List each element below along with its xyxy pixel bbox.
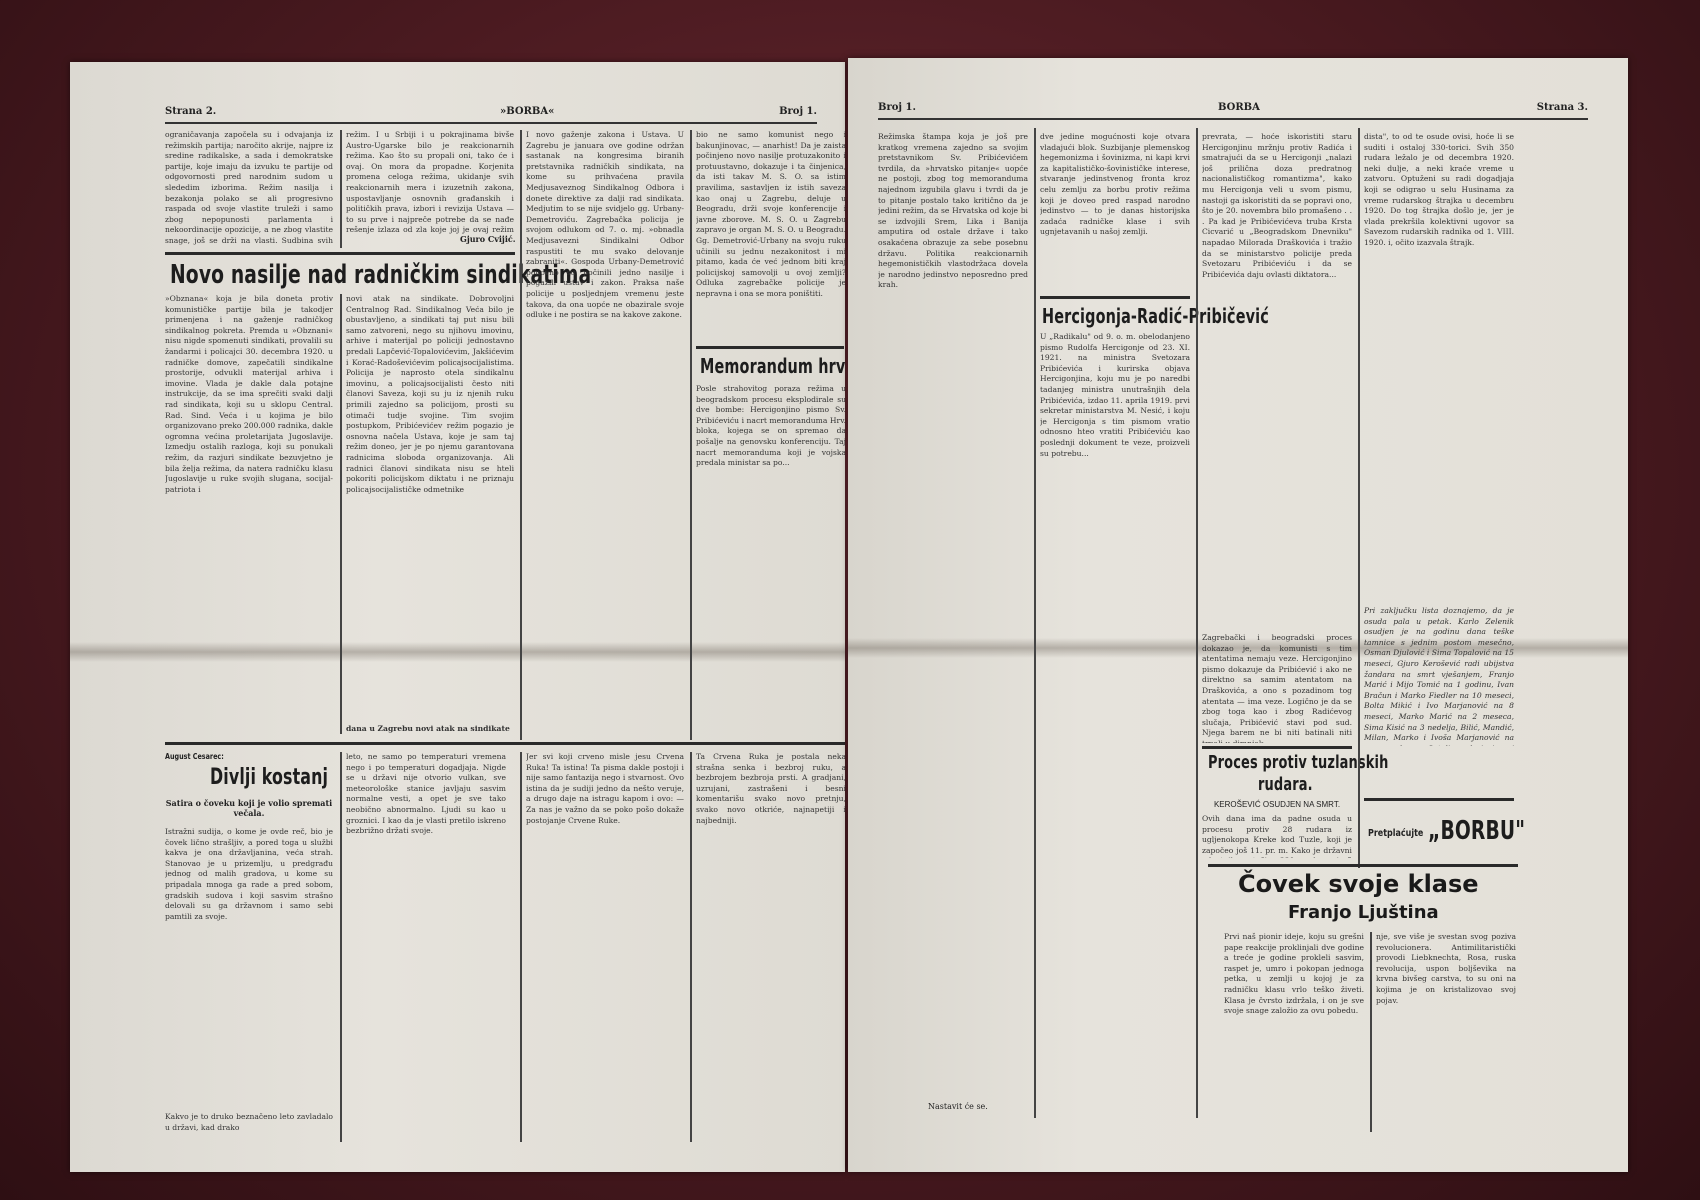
author-byline: Gjuro Cvijić.: [460, 234, 516, 244]
article-text: Prvi naš pionir ideje, koju su grešni pa…: [1224, 932, 1364, 1132]
subtitle: KEROŠEVIĆ OSUDJEN NA SMRT.: [1202, 800, 1352, 809]
masthead-title: BORBA: [1218, 102, 1260, 113]
article-text: Ta Crvena Ruka je postala neka strašna s…: [696, 752, 845, 1142]
article-text: nje, sve više je svestan svog poziva rev…: [1376, 932, 1516, 1132]
article-text: Posle strahovitog poraza režima u beogra…: [696, 384, 845, 740]
article-text: novi atak na sindikate. Dobrovoljni Cent…: [346, 294, 514, 722]
column-rule: [690, 130, 692, 740]
column-rule: [340, 752, 342, 1142]
right-page: Broj 1. BORBA Strana 3. Režimska štampa …: [848, 58, 1628, 1172]
section-rule: [1364, 798, 1514, 801]
article-text: I novo gaženje zakona i Ustava. U Zagreb…: [526, 130, 684, 740]
article-text: prevrata, — hoće iskoristiti staru Herci…: [1202, 132, 1352, 632]
headline: Divlji kostanj: [210, 765, 328, 790]
headline: Proces protiv tuzlanskih: [1208, 752, 1389, 773]
column-rule: [520, 130, 522, 740]
article-text: Istražni sudija, o kome je ovde reč, bio…: [165, 827, 333, 1127]
section-rule: [165, 252, 515, 255]
column-rule: [1370, 932, 1372, 1132]
article-text: Jer svi koji crveno misle jesu Crvena Ru…: [526, 752, 684, 1142]
author-kicker: August Cesarec:: [165, 752, 224, 761]
subtitle: Satira o čoveku koji je volio spremati v…: [165, 798, 333, 818]
article-text: Kakvo je to druko beznačeno leto zavlada…: [165, 1112, 333, 1134]
left-page: Strana 2. »BORBA« Broj 1. ograničavanja …: [70, 62, 845, 1172]
column-rule: [690, 752, 692, 1142]
article-text: leto, ne samo po temperaturi vremena neg…: [346, 752, 506, 1142]
column-rule: [520, 752, 522, 1142]
right-page-header: Broj 1. BORBA Strana 3.: [878, 100, 1588, 120]
continued-note: Nastavit će se.: [928, 1102, 988, 1111]
article-text: »Obznana« koja je bila doneta protiv kom…: [165, 294, 333, 734]
column-rule: [1034, 128, 1036, 1118]
column-rule: [340, 130, 342, 248]
column-rule: [340, 294, 342, 734]
column-rule: [1196, 128, 1198, 1118]
section-rule: [696, 346, 844, 349]
article-text: dana u Zagrebu novi atak na sindikate: [346, 724, 514, 736]
article-text: U „Radikalu" od 9. o. m. obelodanjeno pi…: [1040, 332, 1190, 1132]
headline: rudara.: [1258, 774, 1313, 795]
article-text: ograničavanja započela su i odvajanja iz…: [165, 130, 333, 248]
section-rule: [1202, 746, 1352, 749]
issue-number: Broj 1.: [878, 102, 916, 113]
section-rule: [165, 742, 845, 745]
subscribe-label: Pretplaćujte: [1368, 828, 1423, 839]
issue-number: Broj 1.: [779, 106, 817, 117]
article-text: dista", to od te osude ovisi, hoće li se…: [1364, 132, 1514, 602]
article-text: režim. I u Srbiji i u pokrajinama bivše …: [346, 130, 514, 234]
subscribe-name: „BORBU": [1428, 816, 1525, 846]
masthead-title: »BORBA«: [500, 106, 554, 117]
section-rule: [1208, 864, 1518, 867]
column-rule: [1358, 128, 1360, 868]
headline: Čovek svoje klase: [1238, 870, 1479, 898]
article-text: Zagrebački i beogradski proces dokazao j…: [1202, 633, 1352, 743]
subheadline: Franjo Ljuština: [1288, 902, 1439, 923]
article-text: Režimska štampa koja je još pre kratkog …: [878, 132, 1028, 1132]
article-text: dve jedine mogućnosti koje otvara vladaj…: [1040, 132, 1190, 292]
left-page-header: Strana 2. »BORBA« Broj 1.: [165, 104, 817, 124]
headline: Memorandum hrv. bloka: [700, 354, 845, 378]
section-rule: [1040, 296, 1190, 299]
article-text: Ovih dana ima da padne osuda u procesu p…: [1202, 814, 1352, 858]
article-text: Pri zaključku lista doznajemo, da je osu…: [1364, 606, 1514, 746]
page-number: Strana 3.: [1537, 102, 1588, 113]
article-text: bio ne samo komunist nego i bakunjinovac…: [696, 130, 845, 340]
page-number: Strana 2.: [165, 106, 216, 117]
